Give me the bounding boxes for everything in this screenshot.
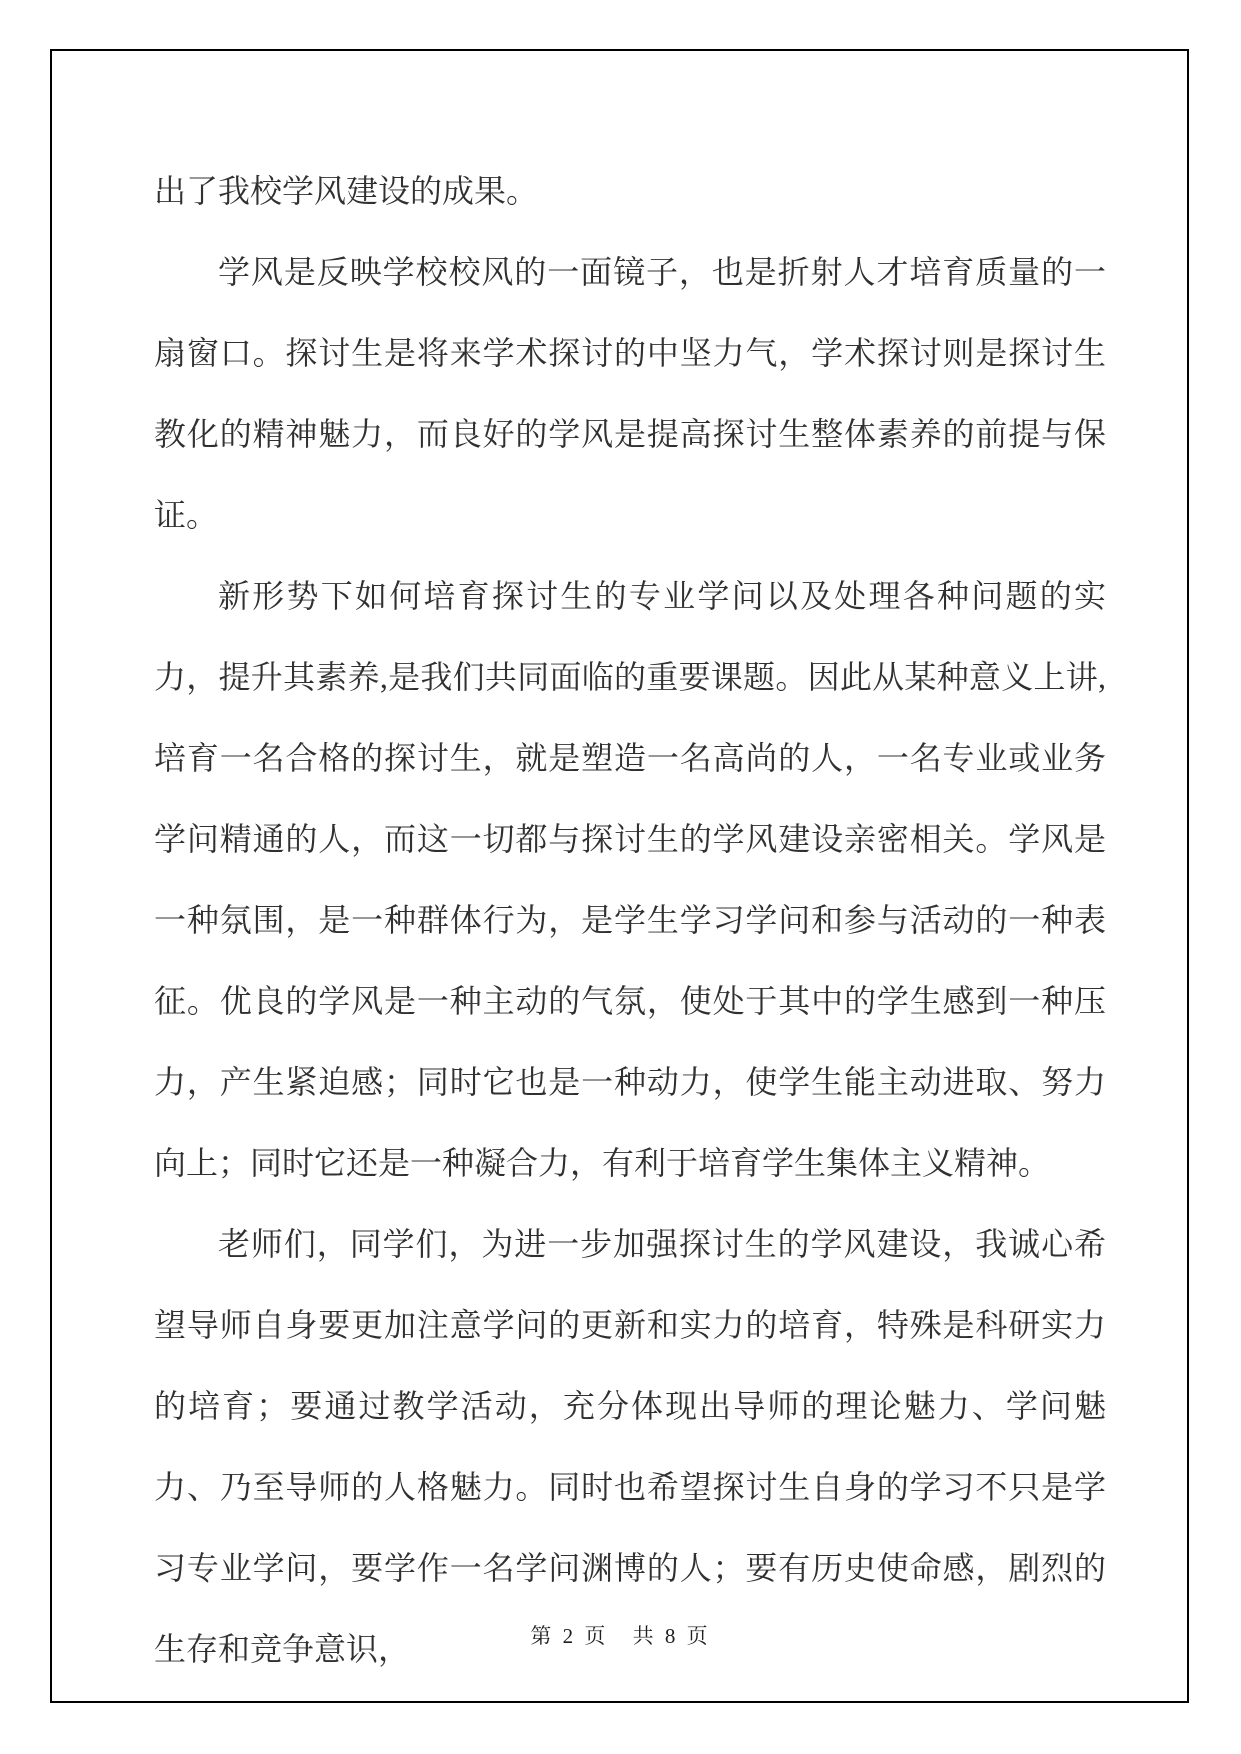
document-body: 出了我校学风建设的成果。 学风是反映学校校风的一面镜子，也是折射人才培育质量的一… [154,151,1106,1690]
paragraph-school-spirit-mirror: 学风是反映学校校风的一面镜子，也是折射人才培育质量的一扇窗口。探讨生是将来学术探… [154,232,1106,556]
paragraph-new-situation: 新形势下如何培育探讨生的专业学问以及处理各种问题的实力，提升其素养,是我们共同面… [154,556,1106,1204]
page-footer: 第 2 页 共 8 页 [0,1624,1241,1648]
footer-page-total: 共 8 页 [633,1624,711,1648]
footer-page-number: 第 2 页 [530,1624,608,1648]
paragraph-continuation: 出了我校学风建设的成果。 [154,151,1106,232]
paragraph-teachers-students: 老师们，同学们，为进一步加强探讨生的学风建设，我诚心希望导师自身要更加注意学问的… [154,1204,1106,1690]
document-sheet: { "document": { "paragraphs": [ { "text"… [0,0,1241,1754]
